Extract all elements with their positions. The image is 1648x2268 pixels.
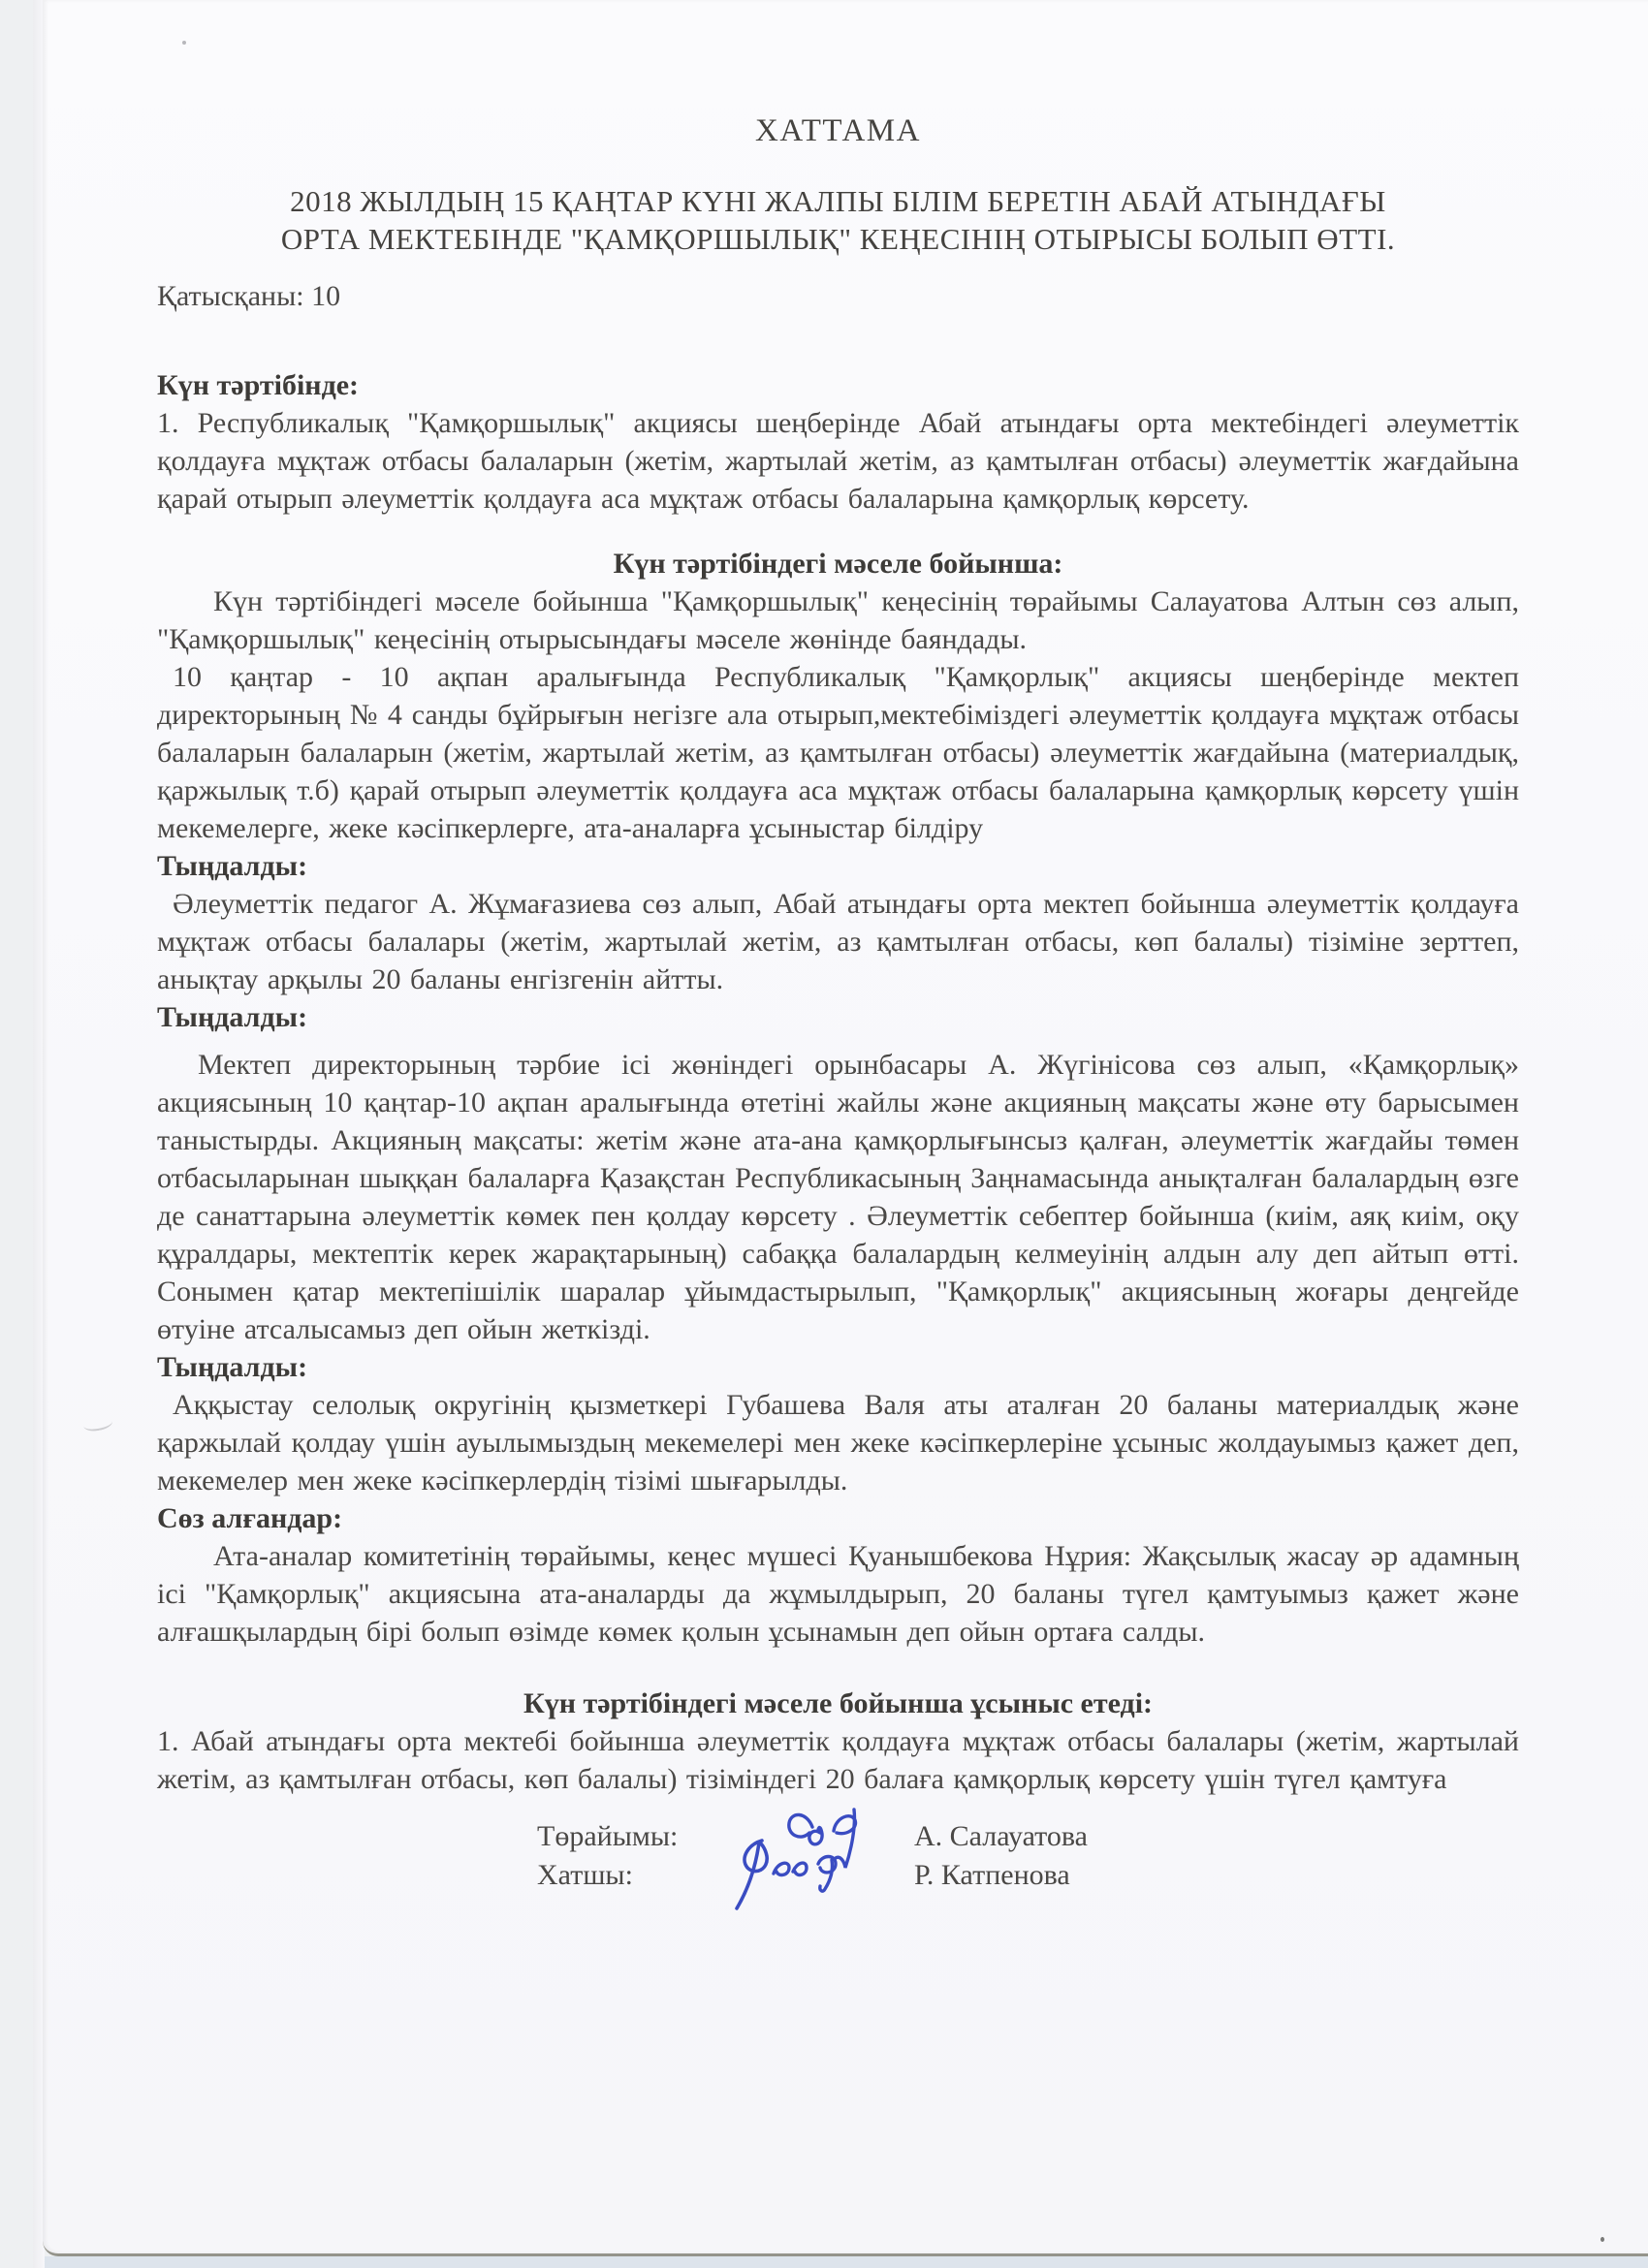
signature-name-chairperson: А. Салауатова [914,1817,1088,1855]
signature-block: Төрайымы: А. Салауатова Хатшы: Р. Катпен… [537,1817,1458,1895]
section-text-heard-1: Әлеуметтік педагог А. Жұмағазиева сөз ал… [157,885,1519,998]
document-content: ХАТТАМА 2018 ЖЫЛДЫҢ 15 ҚАҢТАР КҮНІ ЖАЛПЫ… [157,0,1519,1895]
agenda-item: 1. Республикалық "Қамқоршылық" акциясы ш… [157,404,1519,518]
section-label-heard-3: Тыңдалды: [157,1348,1519,1386]
scanned-document-page: ХАТТАМА 2018 ЖЫЛДЫҢ 15 ҚАҢТАР КҮНІ ЖАЛПЫ… [0,0,1648,2268]
document-heading: 2018 ЖЫЛДЫҢ 15 ҚАҢТАР КҮНІ ЖАЛПЫ БІЛІМ Б… [157,182,1519,258]
signature-role-chairperson: Төрайымы: [537,1817,678,1855]
proposal-heading: Күн тәртібіндегі мәселе бойынша ұсыныс е… [157,1685,1519,1722]
agenda-label: Күн тәртібінде: [157,366,1519,404]
scanner-background [39,2256,1648,2268]
document-title: ХАТТАМА [157,112,1519,150]
section-label-speakers: Сөз алғандар: [157,1499,1519,1537]
heading-line-1: 2018 ЖЫЛДЫҢ 15 ҚАҢТАР КҮНІ ЖАЛПЫ БІЛІМ Б… [157,182,1519,220]
signature-name-secretary: Р. Катпенова [914,1856,1070,1894]
signature-role-secretary: Хатшы: [537,1856,633,1894]
agenda-issue-heading: Күн тәртібіндегі мәселе бойынша: [157,545,1519,583]
attendance-count: Қатысқаны: 10 [157,277,1519,315]
section-text-heard-3: Аққыстау селолық округінің қызметкері Гу… [157,1386,1519,1499]
signature-row-secretary: Хатшы: Р. Катпенова [537,1856,1458,1895]
agenda-issue-paragraph-1: Күн тәртібіндегі мәселе бойынша "Қамқорш… [157,583,1519,658]
section-label-heard-2: Тыңдалды: [157,998,1519,1036]
heading-line-2: ОРТА МЕКТЕБІНДЕ "ҚАМҚОРШЫЛЫҚ" КЕҢЕСІНІҢ … [157,220,1519,258]
agenda-issue-paragraph-2: 10 қаңтар - 10 ақпан аралығында Республи… [157,658,1519,847]
section-text-heard-2: Мектеп директорының тәрбие ісі жөніндегі… [157,1046,1519,1348]
scan-speck [1600,2237,1604,2242]
signature-row-chairperson: Төрайымы: А. Салауатова [537,1817,1458,1856]
section-label-heard-1: Тыңдалды: [157,847,1519,885]
section-text-speakers: Ата-аналар комитетінің төрайымы, кеңес м… [157,1537,1519,1651]
proposal-item: 1. Абай атындағы орта мектебі бойынша әл… [157,1722,1519,1798]
